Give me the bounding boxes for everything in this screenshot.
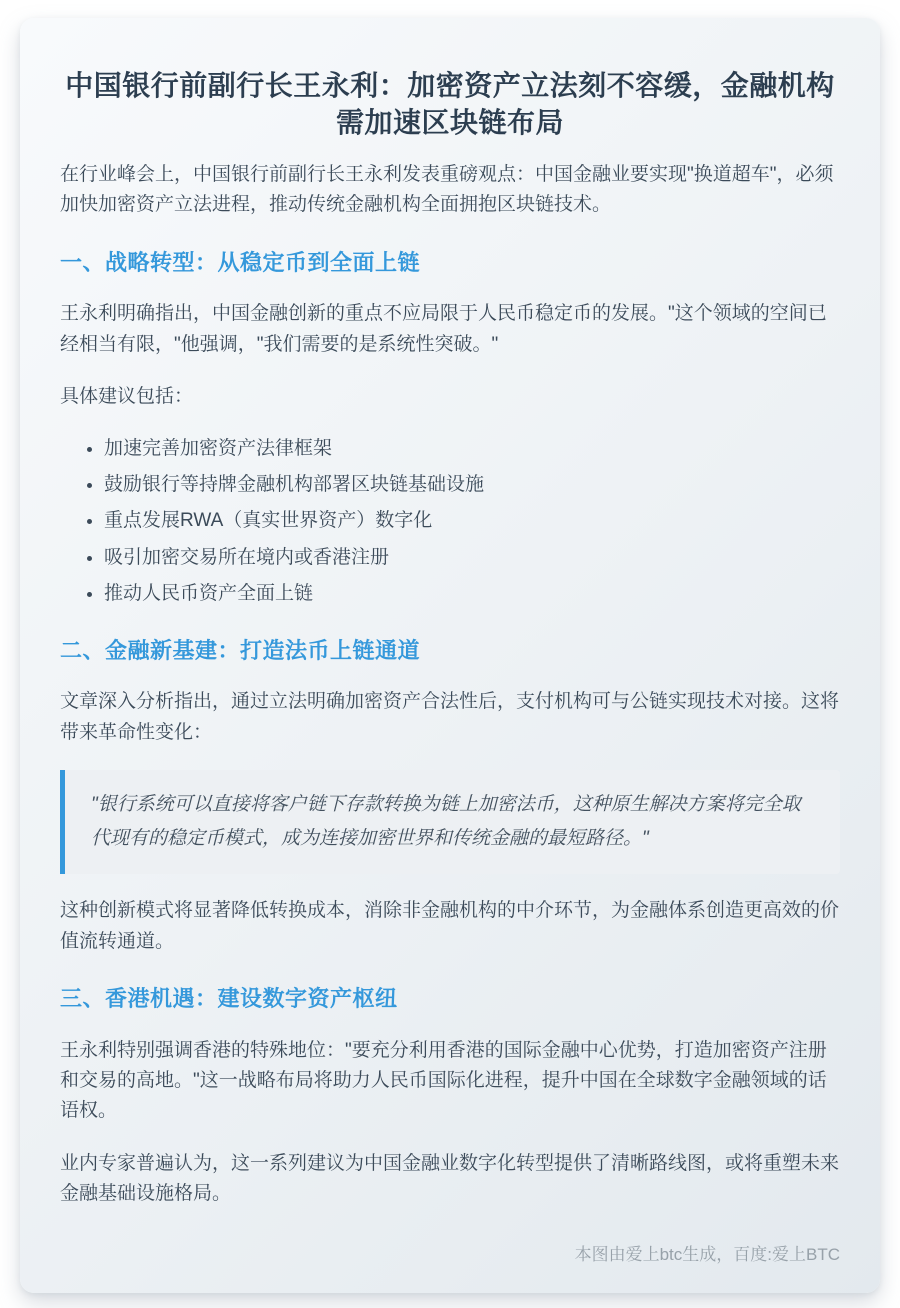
list-item-exchange-registration: 吸引加密交易所在境内或香港注册 xyxy=(104,543,840,573)
section-3-paragraph-2: 业内专家普遍认为，这一系列建议为中国金融业数字化转型提供了清晰路线图，或将重塑未… xyxy=(60,1149,840,1210)
section-2-paragraph-1: 文章深入分析指出，通过立法明确加密资产合法性后，支付机构可与公链实现技术对接。这… xyxy=(60,687,840,748)
quote-text: "银行系统可以直接将客户链下存款转换为链上加密法币，这种原生解决方案将完全取代现… xyxy=(91,788,814,856)
list-item-legal-framework: 加速完善加密资产法律框架 xyxy=(104,434,840,464)
list-item-rwa-digitization: 重点发展RWA（真实世界资产）数字化 xyxy=(104,506,840,536)
footer-note: 本图由爱上btc生成，百度:爱上BTC xyxy=(60,1240,840,1265)
list-item-bank-infrastructure: 鼓励银行等持牌金融机构部署区块链基础设施 xyxy=(104,470,840,500)
section-2-heading: 二、金融新基建：打造法币上链通道 xyxy=(60,637,840,666)
section-1-heading: 一、战略转型：从稳定币到全面上链 xyxy=(60,249,840,278)
list-item-rmb-on-chain: 推动人民币资产全面上链 xyxy=(104,579,840,609)
recommendation-list: 加速完善加密资产法律框架 鼓励银行等持牌金融机构部署区块链基础设施 重点发展RW… xyxy=(60,434,840,608)
section-1-paragraph-2: 具体建议包括： xyxy=(60,382,840,412)
section-3-paragraph-1: 王永利特别强调香港的特殊地位："要充分利用香港的国际金融中心优势，打造加密资产注… xyxy=(60,1036,840,1127)
section-3-heading: 三、香港机遇：建设数字资产枢纽 xyxy=(60,985,840,1014)
intro-paragraph: 在行业峰会上，中国银行前副行长王永利发表重磅观点：中国金融业要实现"换道超车"，… xyxy=(60,160,840,221)
section-1-paragraph-1: 王永利明确指出，中国金融创新的重点不应局限于人民币稳定币的发展。"这个领域的空间… xyxy=(60,299,840,360)
article-title: 中国银行前副行长王永利：加密资产立法刻不容缓，金融机构需加速区块链布局 xyxy=(60,68,840,142)
article-card: 中国银行前副行长王永利：加密资产立法刻不容缓，金融机构需加速区块链布局 在行业峰… xyxy=(20,18,880,1293)
quote-block: "银行系统可以直接将客户链下存款转换为链上加密法币，这种原生解决方案将完全取代现… xyxy=(60,770,840,874)
section-2-paragraph-2: 这种创新模式将显著降低转换成本，消除非金融机构的中介环节，为金融体系创造更高效的… xyxy=(60,896,840,957)
